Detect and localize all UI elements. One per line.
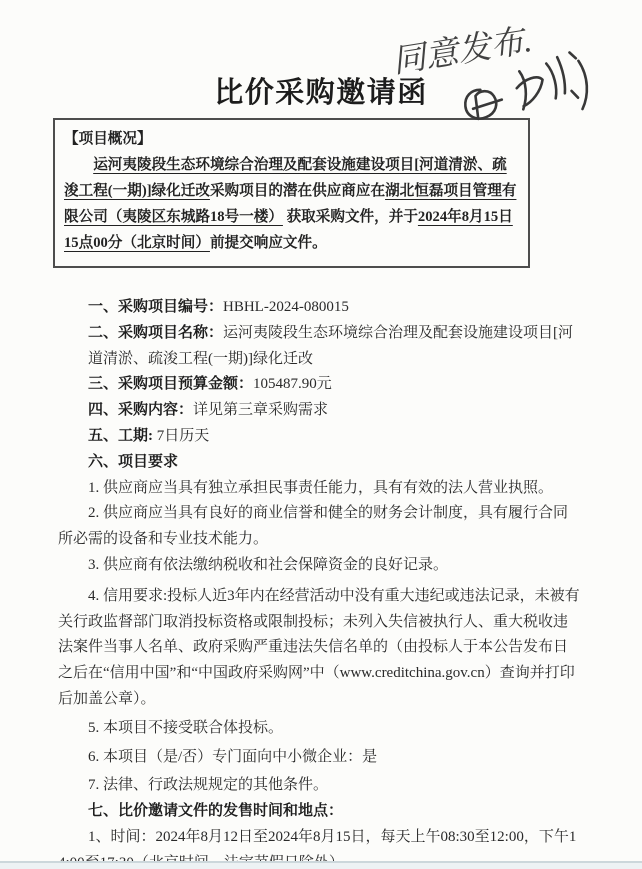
item-value: 105487.90元 <box>253 376 332 392</box>
item-value: 7日历天 <box>157 428 210 444</box>
overview-paragraph: 运河夷陵段生态环境综合治理及配套设施建设项目[河道清淤、疏浚工程(一期)]绿化迁… <box>64 152 518 256</box>
requirement-item: 7. 法律、行政法规规定的其他条件。 <box>58 773 580 799</box>
requirement-item: 4. 信用要求:投标人近3年内在经营活动中没有重大违纪或违法记录，未被有关行政监… <box>58 584 580 713</box>
overview-segment: 获取采购文件，并于 <box>283 209 418 225</box>
section-heading-sale-time: 七、比价邀请文件的发售时间和地点： <box>58 799 580 825</box>
requirement-item: 5. 本项目不接受联合体投标。 <box>58 716 580 742</box>
item-project-number: 一、采购项目编号：HBHL-2024-080015 <box>58 295 580 321</box>
project-overview-box: 【项目概况】 运河夷陵段生态环境综合治理及配套设施建设项目[河道清淤、疏浚工程(… <box>53 118 530 268</box>
page-title: 比价采购邀请函 <box>0 70 642 111</box>
item-value: HBHL-2024-080015 <box>223 299 349 315</box>
requirement-item: 2. 供应商应当具有良好的商业信誉和健全的财务会计制度，具有履行合同所必需的设备… <box>58 501 580 553</box>
overview-heading: 【项目概况】 <box>64 126 518 152</box>
item-duration: 五、工期: 7日历天 <box>58 424 580 450</box>
handwritten-approval-annotation: 同意发布. <box>378 8 636 130</box>
overview-segment: 前提交响应文件。 <box>210 235 327 251</box>
item-label: 二、采购项目名称： <box>88 325 223 341</box>
item-value: 详见第三章采购需求 <box>193 402 328 418</box>
scan-bottom-edge <box>0 861 642 869</box>
document-body: 一、采购项目编号：HBHL-2024-080015 二、采购项目名称：运河夷陵段… <box>58 295 580 869</box>
item-project-name: 二、采购项目名称：运河夷陵段生态环境综合治理及配套设施建设项目[河道清淤、疏浚工… <box>88 321 580 373</box>
overview-segment: 采购项目的潜在供应商应在 <box>210 183 385 199</box>
item-label: 三、采购项目预算金额： <box>88 376 253 392</box>
item-label: 一、采购项目编号： <box>88 299 223 315</box>
item-label: 五、工期: <box>88 428 157 444</box>
scanned-document-page: 同意发布. 比价采购邀请函 【项目概况】 运河夷陵段生态环境综合治理及配套设施建… <box>0 0 642 869</box>
section-heading-requirements: 六、项目要求 <box>58 450 580 476</box>
requirement-item: 6. 本项目（是/否）专门面向中小微企业：是 <box>58 745 580 771</box>
requirement-item: 1. 供应商应当具有独立承担民事责任能力，具有有效的法人营业执照。 <box>58 476 580 502</box>
item-label: 四、采购内容： <box>88 402 193 418</box>
item-content: 四、采购内容：详见第三章采购需求 <box>58 398 580 424</box>
item-budget: 三、采购项目预算金额：105487.90元 <box>58 372 580 398</box>
requirement-item: 3. 供应商有依法缴纳税收和社会保障资金的良好记录。 <box>58 553 580 579</box>
